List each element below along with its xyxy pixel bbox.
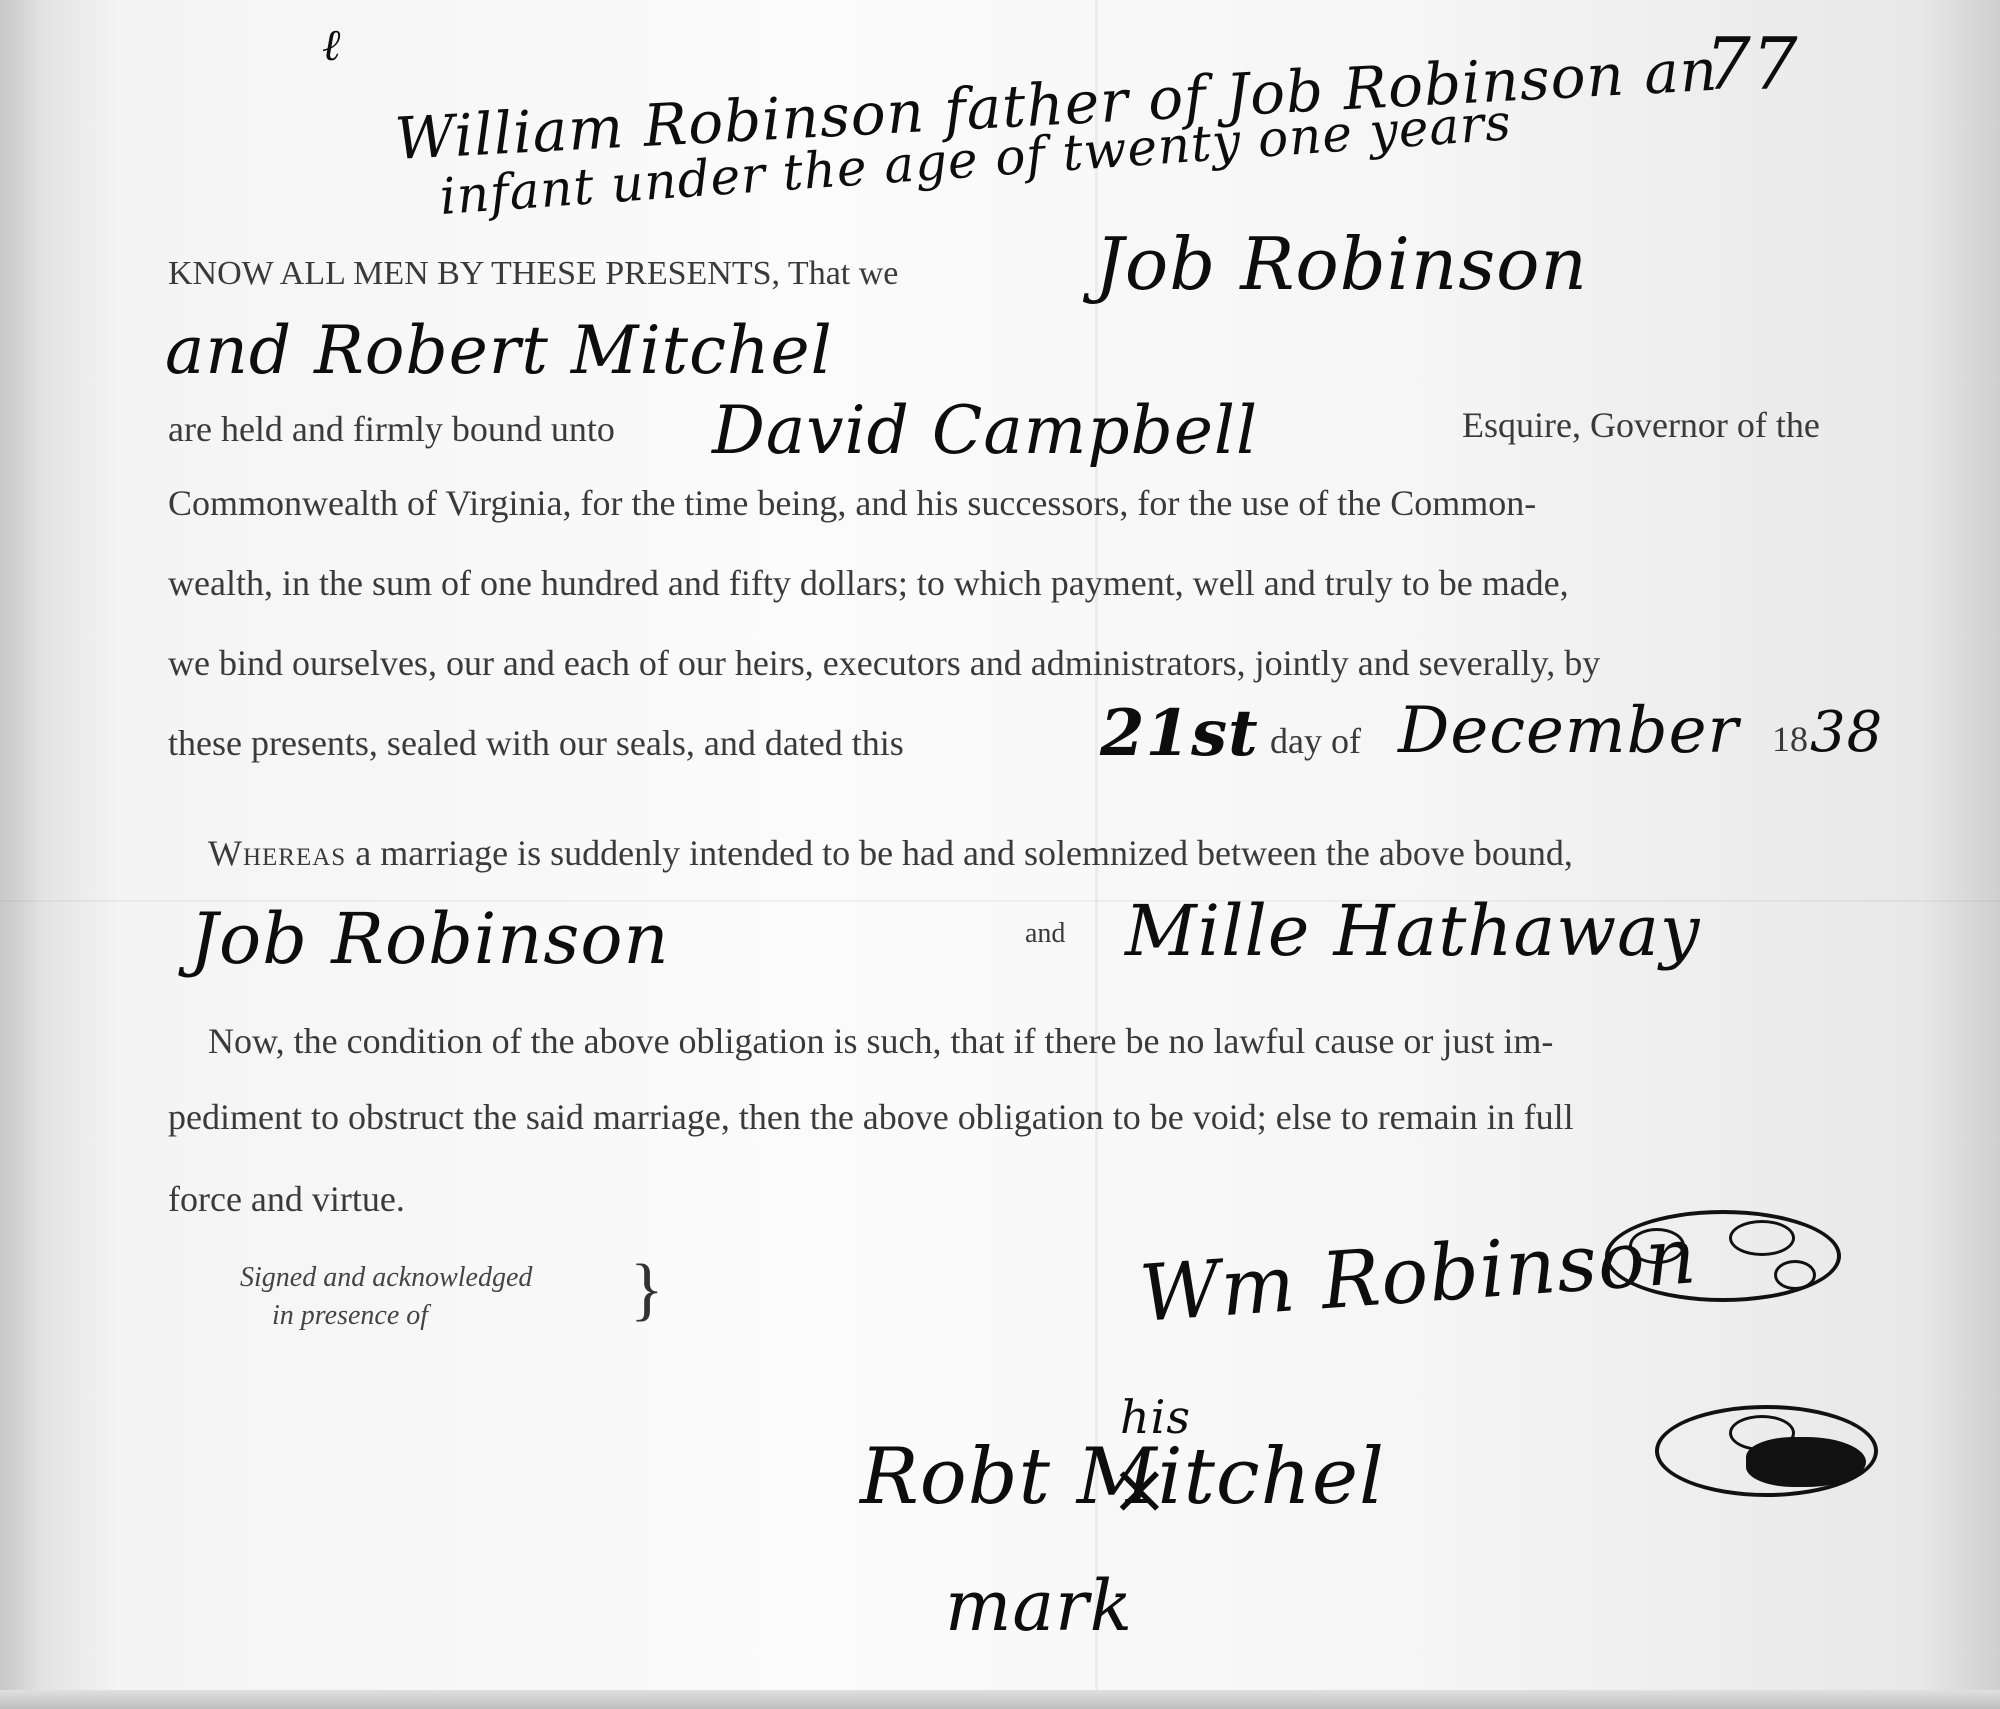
whereas-lead: Whereas a marriage is suddenly intended … [208, 832, 1573, 874]
seal-icon [1655, 1405, 1878, 1497]
page-shadow-left [0, 0, 40, 1709]
whereas-word: Whereas [208, 833, 346, 873]
and-printed: and [1025, 918, 1065, 950]
governor-title-printed: Esquire, Governor of the [1462, 404, 1820, 446]
condition-line-3: force and virtue. [168, 1178, 405, 1220]
attestation-line-2: in presence of [272, 1300, 428, 1332]
attestation-brace: } [630, 1250, 664, 1330]
date-day: 21st [1100, 696, 1259, 771]
corner-mark: ℓ [322, 20, 341, 71]
condition-line-2: pediment to obstruct the said marriage, … [168, 1096, 1574, 1138]
whereas-text: a marriage is suddenly intended to be ha… [355, 833, 1573, 873]
surety-name: and Robert Mitchel [165, 312, 833, 389]
governor-name: David Campbell [712, 392, 1258, 469]
attestation-line-1: Signed and acknowledged [240, 1262, 532, 1294]
year-printed: 18 [1772, 718, 1808, 760]
bride-name: Mille Hathaway [1125, 890, 1700, 972]
document-page: ℓ 77 William Robinson father of Job Robi… [0, 0, 2000, 1709]
year-handwritten: 38 [1810, 700, 1883, 765]
body-line-2: wealth, in the sum of one hundred and fi… [168, 562, 1569, 604]
seal-icon [1605, 1210, 1841, 1302]
bound-unto-printed: are held and firmly bound unto [168, 408, 615, 450]
groom-name: Job Robinson [190, 898, 670, 980]
opening-printed: KNOW ALL MEN BY THESE PRESENTS, That we [168, 255, 898, 293]
body-line-1: Commonwealth of Virginia, for the time b… [168, 482, 1536, 524]
principal-name: Job Robinson [1095, 222, 1588, 306]
dated-printed: these presents, sealed with our seals, a… [168, 722, 904, 764]
day-of-printed: day of [1270, 720, 1361, 762]
mark-label: mark [945, 1565, 1133, 1647]
body-line-3: we bind ourselves, our and each of our h… [168, 642, 1600, 684]
page-bottom-edge [0, 1690, 2000, 1709]
date-month: December [1398, 694, 1739, 768]
mark-cross-icon: × [1110, 1448, 1170, 1530]
condition-line-1: Now, the condition of the above obligati… [208, 1020, 1553, 1062]
